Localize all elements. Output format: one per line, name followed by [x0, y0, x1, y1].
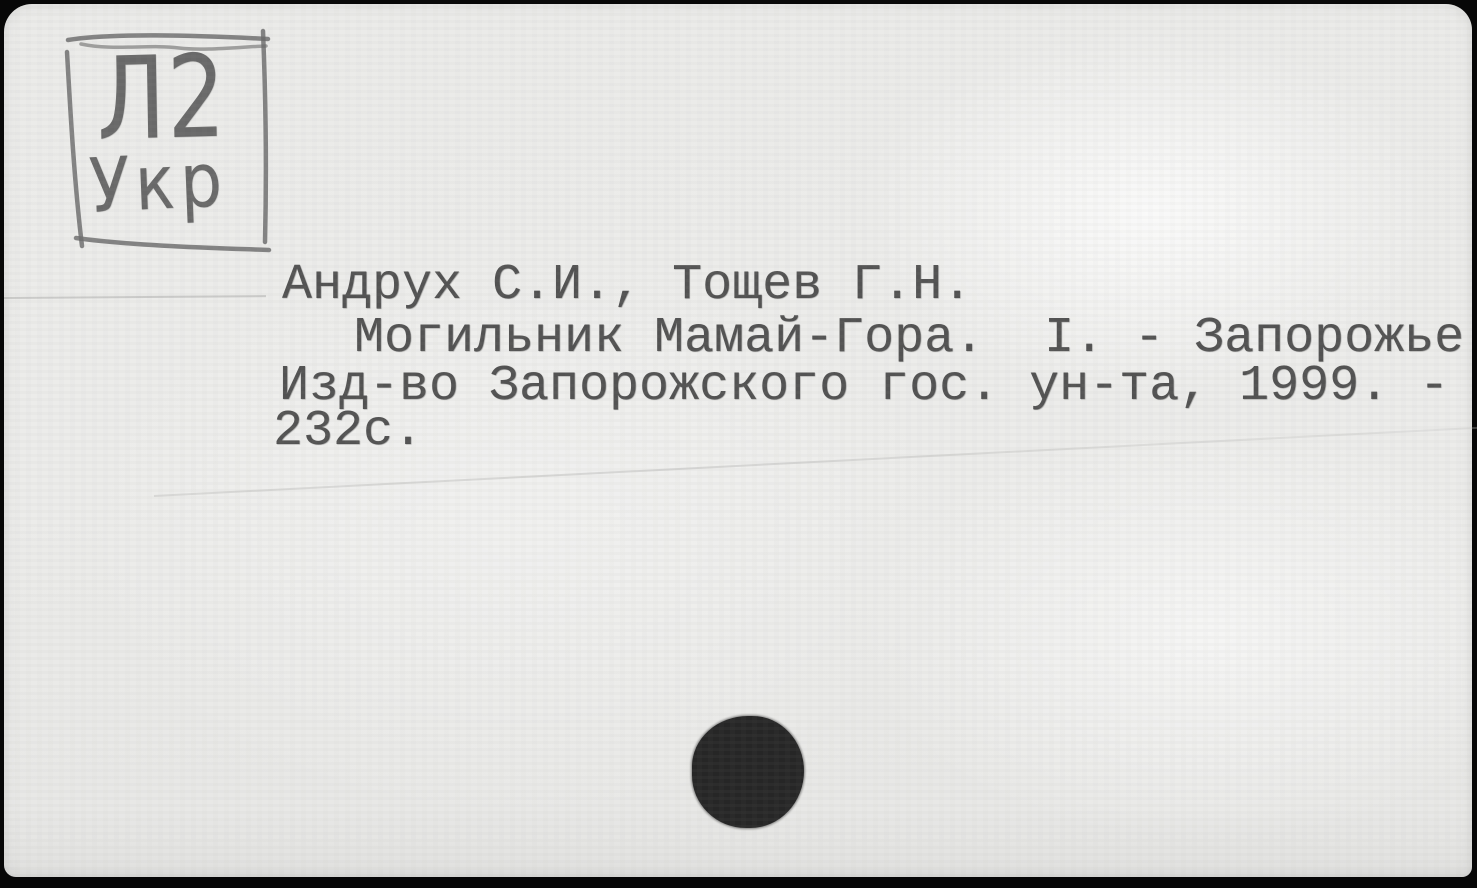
box-bottom-stroke	[76, 238, 269, 250]
black-dot-mark	[692, 716, 804, 828]
box-right-stroke	[263, 31, 266, 242]
card-paper-surface: Л2 Укр Андрух С.И., Тощев Г.Н. Могильник…	[4, 4, 1472, 877]
citation-authors-line: Андрух С.И., Тощев Г.Н.	[282, 261, 972, 311]
box-left-stroke	[67, 52, 82, 246]
citation-imprint-line: Изд-во Запорожского гос. ун-та, 1999. -	[279, 362, 1449, 412]
citation-title-line: Могильник Мамай-Гора. I. - Запорожье	[354, 314, 1464, 364]
citation-pages-line: 232с.	[273, 407, 423, 457]
classification-language-text: Укр	[88, 142, 229, 224]
crease-line-horizontal	[4, 295, 266, 299]
scanned-catalog-card: Л2 Укр Андрух С.И., Тощев Г.Н. Могильник…	[0, 0, 1477, 888]
